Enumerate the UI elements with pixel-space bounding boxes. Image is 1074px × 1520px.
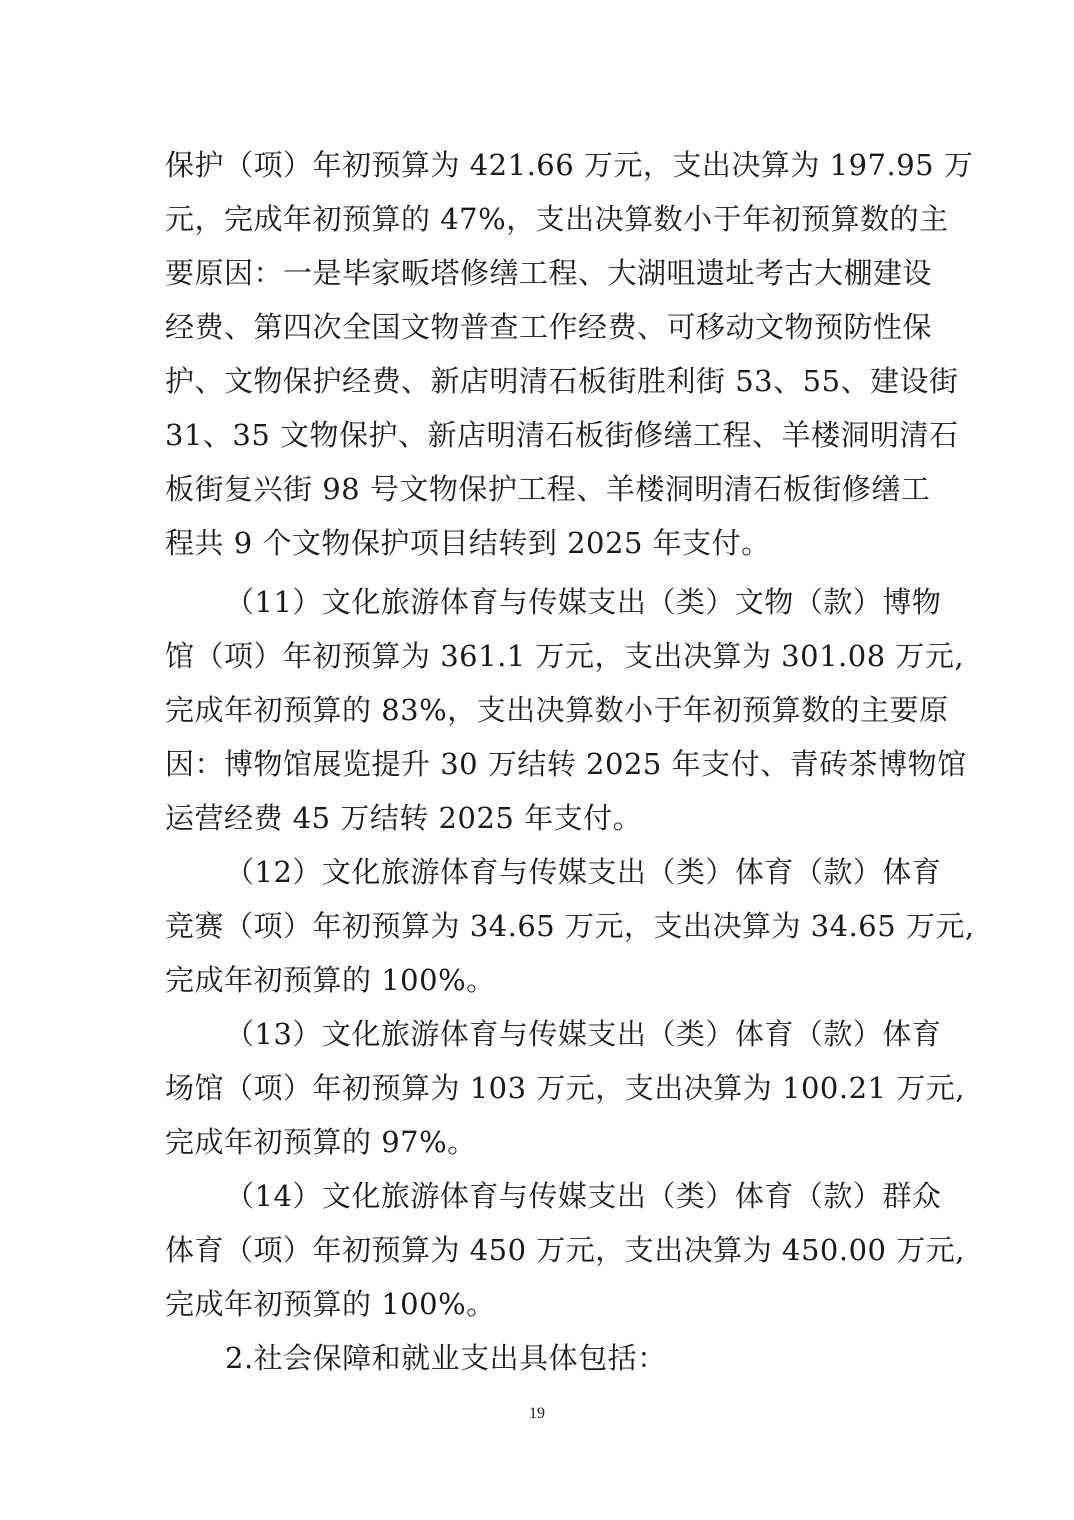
text-line: 场馆（项）年初预算为 103 万元，支出决算为 100.21 万元,	[165, 1068, 910, 1108]
paragraph-heading-12: （12）文化旅游体育与传媒支出（类）体育（款）体育	[225, 852, 910, 892]
text-line: 完成年初预算的 97%。	[165, 1122, 910, 1162]
text-line: 完成年初预算的 100%。	[165, 960, 910, 1000]
text-line: 护、文物保护经费、新店明清石板街胜利街 53、55、建设街	[165, 361, 910, 401]
paragraph-heading-11: （11）文化旅游体育与传媒支出（类）文物（款）博物	[225, 582, 910, 622]
text-line: 保护（项）年初预算为 421.66 万元，支出决算为 197.95 万	[165, 145, 910, 185]
text-line: 31、35 文物保护、新店明清石板街修缮工程、羊楼洞明清石	[165, 415, 910, 455]
page-number: 19	[0, 1404, 1074, 1424]
document-page: 保护（项）年初预算为 421.66 万元，支出决算为 197.95 万 元，完成…	[0, 0, 1074, 1520]
text-line: 板街复兴街 98 号文物保护工程、羊楼洞明清石板街修缮工	[165, 469, 910, 509]
text-line: 完成年初预算的 83%，支出决算数小于年初预算数的主要原	[165, 690, 910, 730]
section-heading-2: 2.社会保障和就业支出具体包括：	[225, 1338, 910, 1378]
text-line: 完成年初预算的 100%。	[165, 1284, 910, 1324]
text-line: 要原因：一是毕家畈塔修缮工程、大湖咀遗址考古大棚建设	[165, 253, 910, 293]
paragraph-heading-13: （13）文化旅游体育与传媒支出（类）体育（款）体育	[225, 1014, 910, 1054]
text-line: 程共 9 个文物保护项目结转到 2025 年支付。	[165, 523, 910, 563]
text-line: 运营经费 45 万结转 2025 年支付。	[165, 798, 910, 838]
text-line: 元，完成年初预算的 47%，支出决算数小于年初预算数的主	[165, 199, 910, 239]
paragraph-heading-14: （14）文化旅游体育与传媒支出（类）体育（款）群众	[225, 1176, 910, 1216]
text-line: 竞赛（项）年初预算为 34.65 万元，支出决算为 34.65 万元,	[165, 906, 910, 946]
text-line: 体育（项）年初预算为 450 万元，支出决算为 450.00 万元,	[165, 1230, 910, 1270]
text-line: 馆（项）年初预算为 361.1 万元，支出决算为 301.08 万元,	[165, 636, 910, 676]
text-line: 经费、第四次全国文物普查工作经费、可移动文物预防性保	[165, 307, 910, 347]
text-line: 因：博物馆展览提升 30 万结转 2025 年支付、青砖茶博物馆	[165, 744, 910, 784]
